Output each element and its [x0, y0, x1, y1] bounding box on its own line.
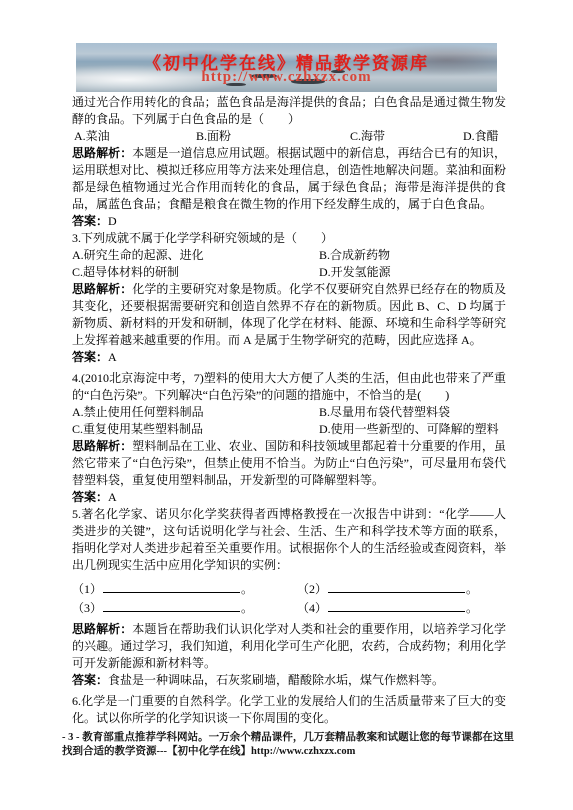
footer-url-link[interactable]: http://www.czhxzx.com	[251, 746, 355, 757]
period: 。	[241, 601, 253, 615]
question5-analysis: 思路解析：本题旨在帮助我们认识化学对人类和社会的重要作用，以培养学习化学的兴趣。…	[72, 621, 506, 672]
option-c: C.海带	[350, 128, 385, 145]
question4-answer: 答案：A	[72, 489, 506, 506]
question3-options-row-1: A.研究生命的起源、进化 B.合成新药物	[72, 247, 506, 264]
analysis-label: 思路解析：	[72, 622, 132, 636]
blank-label: （2）	[297, 582, 327, 596]
fill-in-line	[328, 599, 465, 612]
question5-answer: 答案：食盐是一种调味品，石灰浆刷墙，醋酸除水垢，煤气作燃料等。	[72, 672, 506, 689]
site-url-link[interactable]: http://www.czhxzx.com	[76, 69, 497, 86]
blank-4: （4）。	[297, 599, 519, 617]
question4-stem: 4.(2010北京海淀中考，7)塑料的使用大大方便了人类的生活，但由此也带来了严…	[72, 370, 506, 404]
answer-label: 答案：	[72, 350, 108, 364]
period: 。	[466, 601, 478, 615]
document-body: 通过光合作用转化的食品；蓝色食品是海洋提供的食品；白色食品是通过微生物发酵的食品…	[72, 94, 506, 727]
question3-analysis: 思路解析：化学的主要研究对象是物质。化学不仅要研究自然界已经存在的物质及其变化，…	[72, 281, 506, 349]
blank-2: （2）。	[297, 580, 519, 598]
blank-1: （1）。	[72, 580, 294, 598]
blank-3: （3）。	[72, 599, 294, 617]
question5-stem: 5.著名化学家、诺贝尔化学奖获得者西博格教授在一次报告中讲到：“化学——人类进步…	[72, 506, 506, 574]
option-c: C.超导体材料的研制	[72, 264, 316, 281]
question6-stem: 6.化学是一门重要的自然科学。化学工业的发展给人们的生活质量带来了巨大的变化。试…	[72, 693, 506, 727]
option-a: A.禁止使用任何塑料制品	[72, 404, 316, 421]
analysis-text: 本题是一道信息应用试题。根据试题中的新信息，再结合已有的知识，运用联想对比、模拟…	[72, 146, 506, 211]
answer-label: 答案：	[72, 490, 108, 504]
option-d: D.使用一些新型的、可降解的塑料	[319, 422, 499, 436]
question2-answer: 答案：D	[72, 213, 506, 230]
answer-label: 答案：	[72, 214, 108, 228]
fill-in-line	[328, 580, 465, 593]
option-d: D.食醋	[463, 128, 499, 145]
period: 。	[241, 582, 253, 596]
blank-label: （1）	[72, 582, 102, 596]
question3-answer: 答案：A	[72, 349, 506, 366]
document-page: 《初中化学在线》精品教学资源库 http://www.czhxzx.com 通过…	[0, 0, 573, 810]
question5-blanks-row-2: （3）。 （4）。	[72, 599, 506, 618]
option-b: B.面粉	[196, 128, 231, 145]
blank-label: （4）	[297, 601, 327, 615]
blank-label: （3）	[72, 601, 102, 615]
question4-options-row-2: C.重复使用某些塑料制品 D.使用一些新型的、可降解的塑料	[72, 421, 506, 438]
question2-analysis: 思路解析：本题是一道信息应用试题。根据试题中的新信息，再结合已有的知识，运用联想…	[72, 145, 506, 213]
question2-options-row: A.菜油 B.面粉 C.海带 D.食醋	[72, 128, 506, 145]
question2-stem-continuation: 通过光合作用转化的食品；蓝色食品是海洋提供的食品；白色食品是通过微生物发酵的食品…	[72, 94, 506, 128]
answer-value: A	[108, 350, 117, 364]
period: 。	[466, 582, 478, 596]
option-a: A.菜油	[74, 128, 110, 145]
option-c: C.重复使用某些塑料制品	[72, 421, 316, 438]
answer-value: 食盐是一种调味品，石灰浆刷墙，醋酸除水垢，煤气作燃料等。	[108, 673, 444, 687]
analysis-text: 塑料制品在工业、农业、国防和科技领域里都起着十分重要的作用，虽然它带来了“白色污…	[72, 439, 506, 487]
question3-options-row-2: C.超导体材料的研制 D.开发氢能源	[72, 264, 506, 281]
option-b: B.合成新药物	[319, 248, 390, 262]
question4-options-row-1: A.禁止使用任何塑料制品 B.尽量用布袋代替塑料袋	[72, 404, 506, 421]
question3-stem: 3.下列成就不属于化学学科研究领域的是（ ）	[72, 230, 506, 247]
fill-in-line	[103, 580, 240, 593]
site-banner: 《初中化学在线》精品教学资源库 http://www.czhxzx.com	[76, 43, 497, 92]
analysis-label: 思路解析：	[72, 146, 132, 160]
answer-value: A	[108, 490, 117, 504]
analysis-text: 化学的主要研究对象是物质。化学不仅要研究自然界已经存在的物质及其变化，还要根据需…	[72, 282, 506, 347]
analysis-text: 本题旨在帮助我们认识化学对人类和社会的重要作用，以培养学习化学的兴趣。通过学习，…	[72, 622, 506, 670]
answer-label: 答案：	[72, 673, 108, 687]
analysis-label: 思路解析：	[72, 439, 132, 453]
option-a: A.研究生命的起源、进化	[72, 247, 316, 264]
analysis-label: 思路解析：	[72, 282, 132, 296]
question5-blanks-row-1: （1）。 （2）。	[72, 580, 506, 599]
page-footer: - 3 - 教育部重点推荐学科网站。一万余个精品课件，几万套精品教案和试题让您的…	[62, 731, 514, 759]
option-b: B.尽量用布袋代替塑料袋	[319, 405, 450, 419]
question4-analysis: 思路解析：塑料制品在工业、农业、国防和科技领域里都起着十分重要的作用，虽然它带来…	[72, 438, 506, 489]
option-d: D.开发氢能源	[319, 265, 391, 279]
fill-in-line	[103, 599, 240, 612]
answer-value: D	[108, 214, 117, 228]
